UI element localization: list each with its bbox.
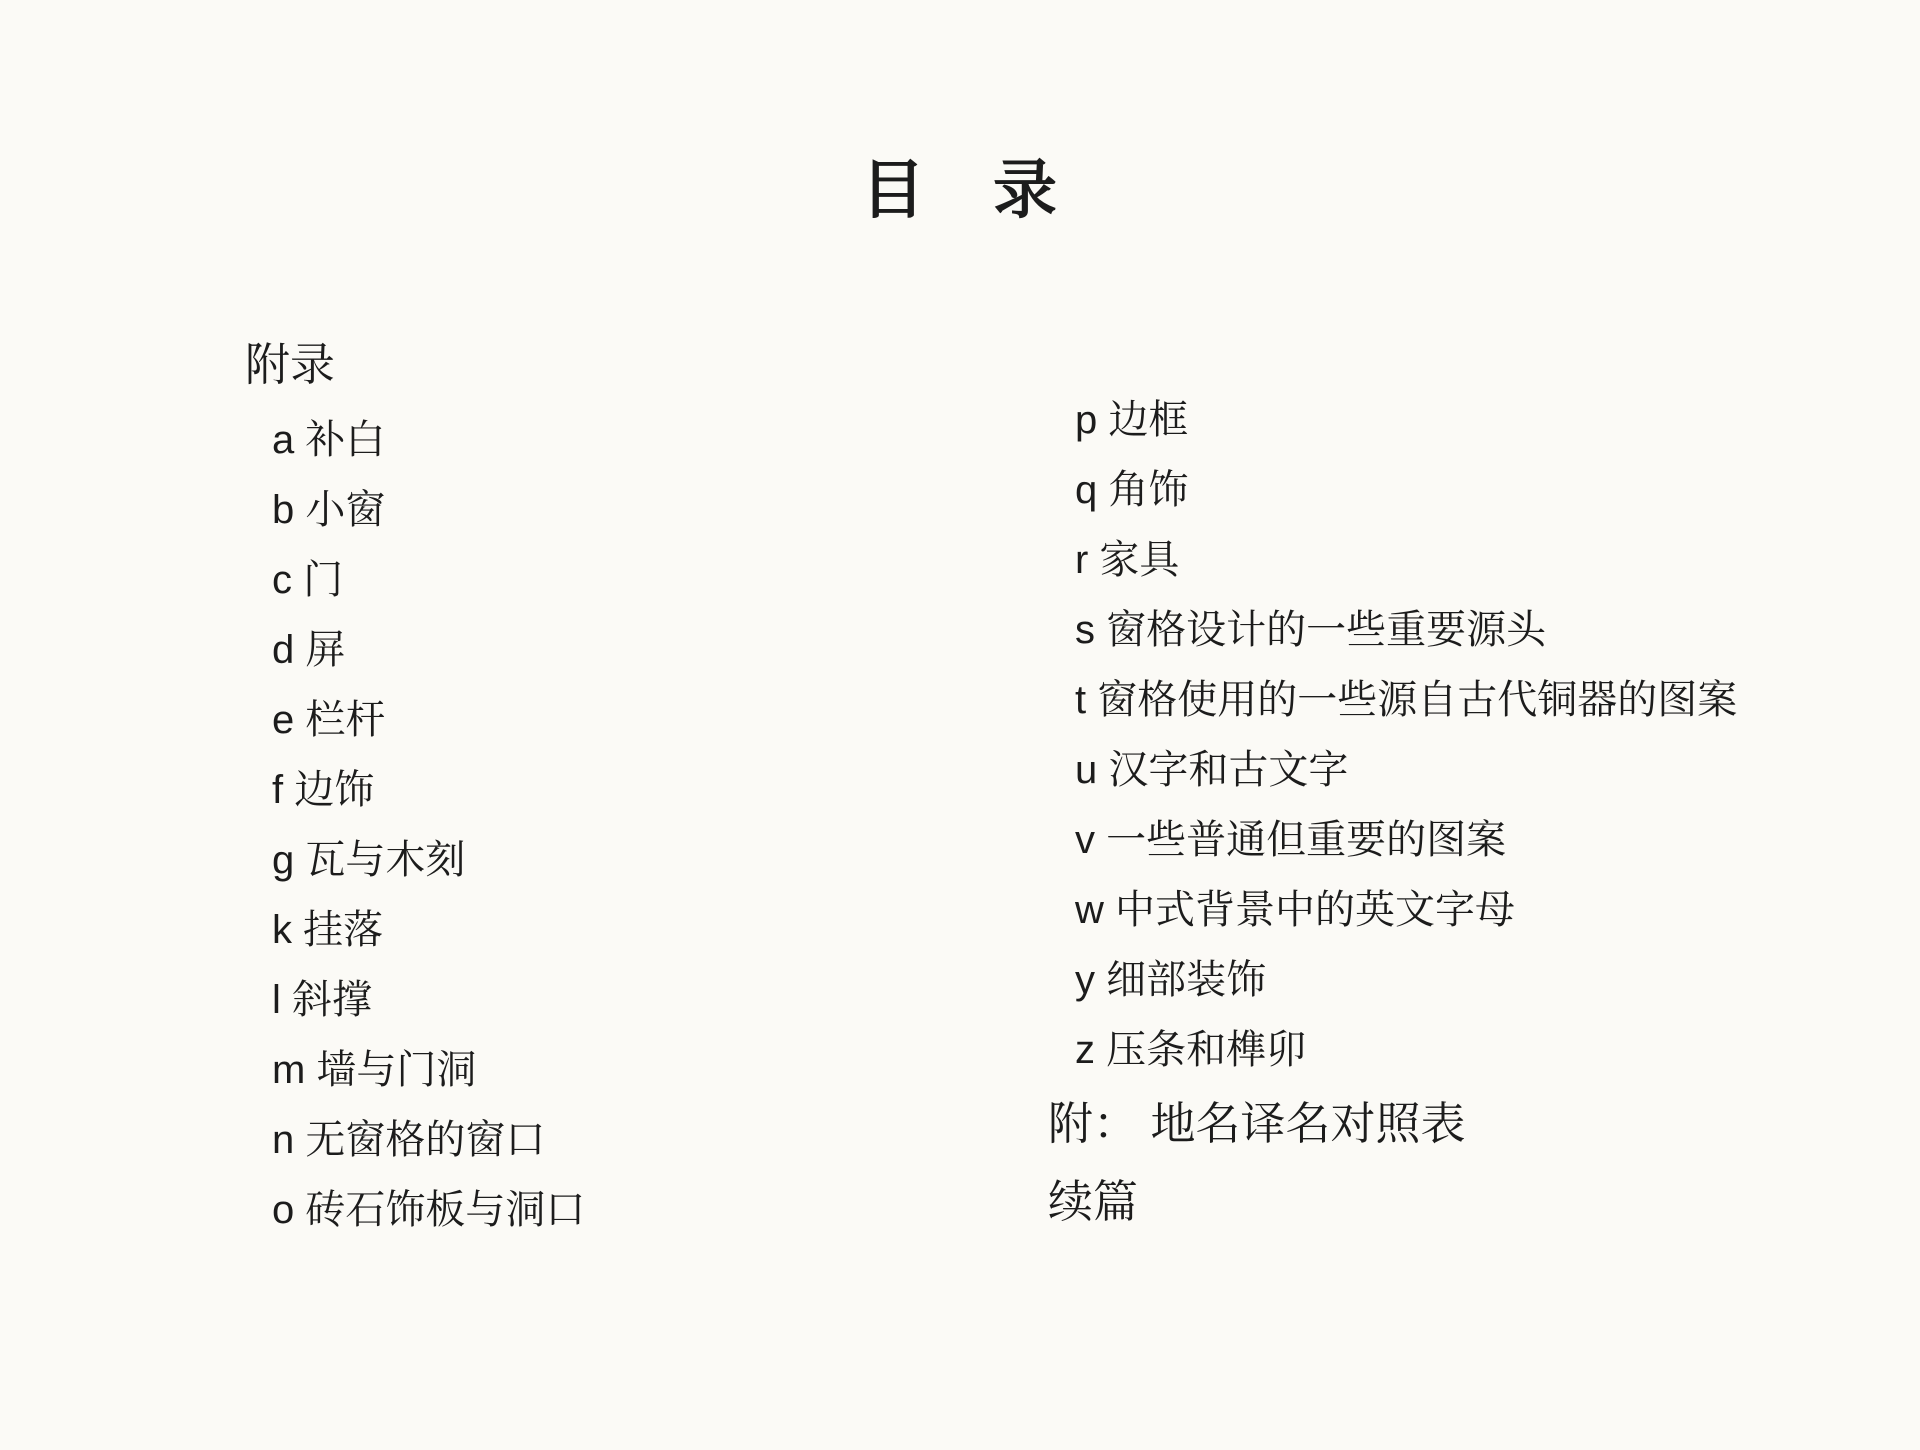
toc-item: e 栏杆 xyxy=(245,685,585,755)
toc-item: l 斜撑 xyxy=(245,965,585,1035)
toc-item: y 细部装饰 xyxy=(1048,945,1737,1015)
toc-item: g 瓦与木刻 xyxy=(245,825,585,895)
toc-item: n 无窗格的窗口 xyxy=(245,1105,585,1175)
toc-item: t 窗格使用的一些源自古代铜器的图案 xyxy=(1048,665,1737,735)
toc-item: z 压条和榫卯 xyxy=(1048,1015,1737,1085)
toc-item: f 边饰 xyxy=(245,755,585,825)
toc-item: o 砖石饰板与洞口 xyxy=(245,1175,585,1245)
toc-item: c 门 xyxy=(245,545,585,615)
toc-item: r 家具 xyxy=(1048,525,1737,595)
toc-item: a 补白 xyxy=(245,405,585,475)
sequel-line: 续篇 xyxy=(1048,1163,1737,1241)
toc-item: d 屏 xyxy=(245,615,585,685)
page-title: 目 录 xyxy=(0,155,1920,225)
toc-item: q 角饰 xyxy=(1048,455,1737,525)
toc-left-column: 附录 a 补白 b 小窗 c 门 d 屏 e 栏杆 f 边饰 g 瓦与木刻 k … xyxy=(245,330,585,1245)
toc-list-left: a 补白 b 小窗 c 门 d 屏 e 栏杆 f 边饰 g 瓦与木刻 k 挂落 … xyxy=(245,405,585,1245)
toc-item: u 汉字和古文字 xyxy=(1048,735,1737,805)
toc-right-column: p 边框 q 角饰 r 家具 s 窗格设计的一些重要源头 t 窗格使用的一些源自… xyxy=(1048,385,1737,1241)
toc-item: b 小窗 xyxy=(245,475,585,545)
toc-item: k 挂落 xyxy=(245,895,585,965)
appendix-translation-table-line: 附： 地名译名对照表 xyxy=(1048,1085,1737,1163)
toc-item: p 边框 xyxy=(1048,385,1737,455)
toc-item: w 中式背景中的英文字母 xyxy=(1048,875,1737,945)
toc-item: s 窗格设计的一些重要源头 xyxy=(1048,595,1737,665)
toc-footer: 附： 地名译名对照表 续篇 xyxy=(1048,1085,1737,1241)
toc-item: m 墙与门洞 xyxy=(245,1035,585,1105)
toc-item: v 一些普通但重要的图案 xyxy=(1048,805,1737,875)
toc-list-right: p 边框 q 角饰 r 家具 s 窗格设计的一些重要源头 t 窗格使用的一些源自… xyxy=(1048,385,1737,1085)
appendix-heading: 附录 xyxy=(245,330,585,400)
